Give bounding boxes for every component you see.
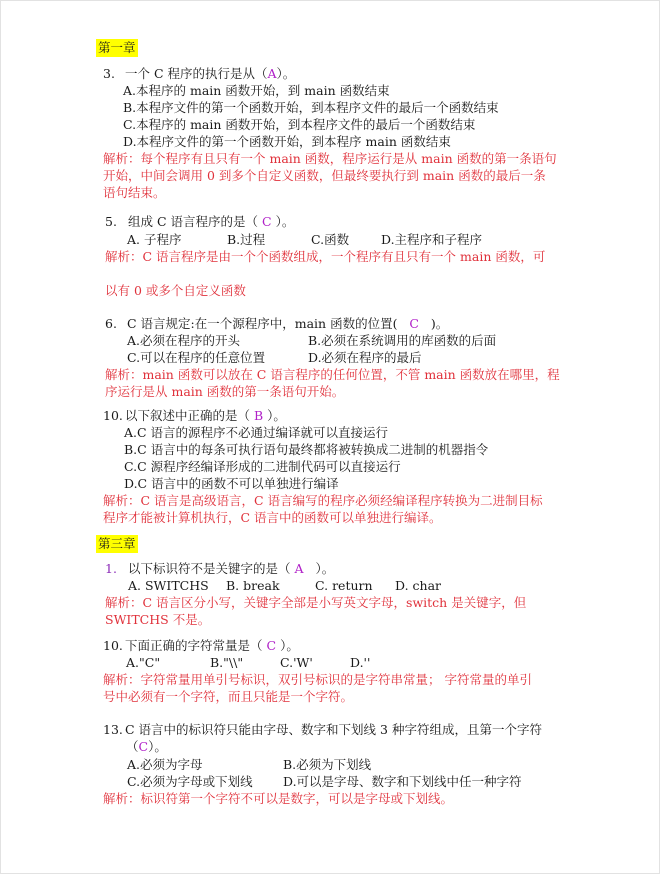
analysis-line: 以有 0 或多个自定义函数: [105, 283, 246, 299]
answer-letter: C: [262, 214, 272, 229]
stem-text: 以下标识符不是关键字的是（: [128, 561, 291, 576]
analysis-line: 序运行是从 main 函数的第一条语句开始。: [105, 384, 344, 400]
analysis-line: 程序才能被计算机执行，C 语言中的函数可以单独进行编译。: [103, 510, 442, 526]
option-a: A."C": [126, 655, 160, 671]
analysis-line: 开始，中间会调用 0 到多个自定义函数，但最终要执行到 main 函数的最后一条: [103, 168, 546, 184]
question-stem: 以下叙述中正确的是（ B ）。: [125, 408, 286, 424]
option-a: A. SWITCHS: [128, 578, 209, 594]
analysis-line: SWITCHS 不是。: [105, 612, 210, 628]
answer-letter: A: [268, 66, 277, 81]
stem-text-end: ）。: [267, 408, 286, 423]
stem-text: 下面正确的字符常量是（: [125, 638, 263, 653]
analysis-line: 解析：C 语言区分小写，关键字全部是小写英文字母，switch 是关键字，但: [105, 595, 526, 611]
stem-text-end: ）。: [315, 561, 334, 576]
option-c: C.可以在程序的任意位置: [127, 350, 265, 366]
answer-letter: A: [295, 561, 304, 576]
question-number: 5.: [105, 214, 117, 230]
analysis-line: 解析：main 函数可以放在 C 语言程序的任何位置，不管 main 函数放在哪…: [105, 367, 560, 383]
answer-letter: C: [409, 316, 419, 331]
option-c: C.函数: [311, 232, 349, 248]
question-stem: 下面正确的字符常量是（ C ）。: [125, 638, 299, 654]
question-stem: C 语言规定:在一个源程序中，main 函数的位置( C )。: [127, 316, 448, 332]
question-stem: 以下标识符不是关键字的是（ A ）。: [128, 561, 334, 577]
analysis-line: 语句结束。: [103, 185, 166, 201]
question-number: 1.: [105, 561, 117, 577]
option-d: D.本程序文件的第一个函数开始，到本程序 main 函数结束: [123, 134, 451, 150]
option-c: C.本程序的 main 函数开始，到本程序文件的最后一个函数结束: [123, 117, 475, 133]
analysis-line: 解析：C 语言是高级语言，C 语言编写的程序必须经编译程序转换为二进制目标: [103, 493, 543, 509]
analysis-line: 解析：字符常量用单引号标识，双引号标识的是字符串常量； 字符常量的单引: [103, 672, 532, 688]
answer-letter: B: [254, 408, 263, 423]
answer-letter: C: [139, 739, 149, 754]
option-b: B.过程: [227, 232, 265, 248]
option-b: B."\\": [210, 655, 243, 671]
stem-text-end: ）。: [276, 214, 295, 229]
option-d: D.必须在程序的最后: [308, 350, 422, 366]
option-a: A.本程序的 main 函数开始，到 main 函数结束: [123, 83, 390, 99]
question-number: 10.: [103, 638, 123, 654]
stem-text: （: [126, 739, 139, 754]
option-b: B.必须为下划线: [283, 757, 371, 773]
stem-text: 以下叙述中正确的是（: [125, 408, 250, 423]
option-d: D.C 语言中的函数不可以单独进行编译: [124, 476, 339, 492]
option-b: B.必须在系统调用的库函数的后面: [308, 333, 496, 349]
option-a: A. 子程序: [127, 232, 181, 248]
stem-text: C 语言规定:在一个源程序中，main 函数的位置(: [127, 316, 397, 331]
question-stem: 一个 C 程序的执行是从（A）。: [125, 66, 295, 82]
analysis-line: 号中必须有一个字符，而且只能是一个字符。: [103, 689, 353, 705]
question-stem: C 语言中的标识符只能由字母、数字和下划线 3 种字符组成，且第一个字符: [125, 722, 542, 738]
stem-text-end: ）。: [148, 739, 167, 754]
question-number: 10.: [103, 408, 123, 424]
option-d: D. char: [395, 578, 441, 594]
question-number: 6.: [105, 316, 117, 332]
option-a: A.必须在程序的开头: [127, 333, 240, 349]
option-c: C.C 源程序经编译形成的二进制代码可以直接运行: [124, 459, 401, 475]
option-d: D.'': [350, 655, 370, 671]
question-number: 13.: [103, 722, 123, 738]
stem-text: 一个 C 程序的执行是从（: [125, 66, 268, 81]
option-b: B. break: [226, 578, 280, 594]
question-number: 3.: [103, 66, 115, 82]
stem-text-end: ）。: [280, 638, 299, 653]
question-stem: 组成 C 语言程序的是（ C ）。: [128, 214, 294, 230]
option-b: B.本程序文件的第一个函数开始，到本程序文件的最后一个函数结束: [123, 100, 499, 116]
analysis-line: 解析：C 语言程序是由一个个函数组成，一个程序有且只有一个 main 函数，可: [105, 249, 545, 265]
chapter-heading: 第三章: [96, 535, 138, 553]
stem-text-end: ）。: [277, 66, 296, 81]
chapter-heading: 第一章: [96, 39, 138, 57]
option-a: A.C 语言的源程序不必通过编译就可以直接运行: [124, 425, 388, 441]
stem-text: 组成 C 语言程序的是（: [128, 214, 258, 229]
option-a: A.必须为字母: [127, 757, 203, 773]
option-d: D.可以是字母、数字和下划线中任一种字符: [283, 774, 522, 790]
option-c: C.'W': [280, 655, 313, 671]
analysis-line: 解析：标识符第一个字符不可以是数字，可以是字母或下划线。: [103, 791, 453, 807]
stem-text-end: )。: [431, 316, 448, 331]
analysis-line: 解析：每个程序有且只有一个 main 函数，程序运行是从 main 函数的第一条…: [103, 151, 557, 167]
question-stem-line2: （C）。: [126, 739, 167, 755]
answer-letter: C: [267, 638, 277, 653]
option-d: D.主程序和子程序: [381, 232, 482, 248]
option-b: B.C 语言中的每条可执行语句最终都将被转换成二进制的机器指令: [124, 442, 488, 458]
option-c: C.必须为字母或下划线: [127, 774, 253, 790]
option-c: C. return: [315, 578, 373, 594]
